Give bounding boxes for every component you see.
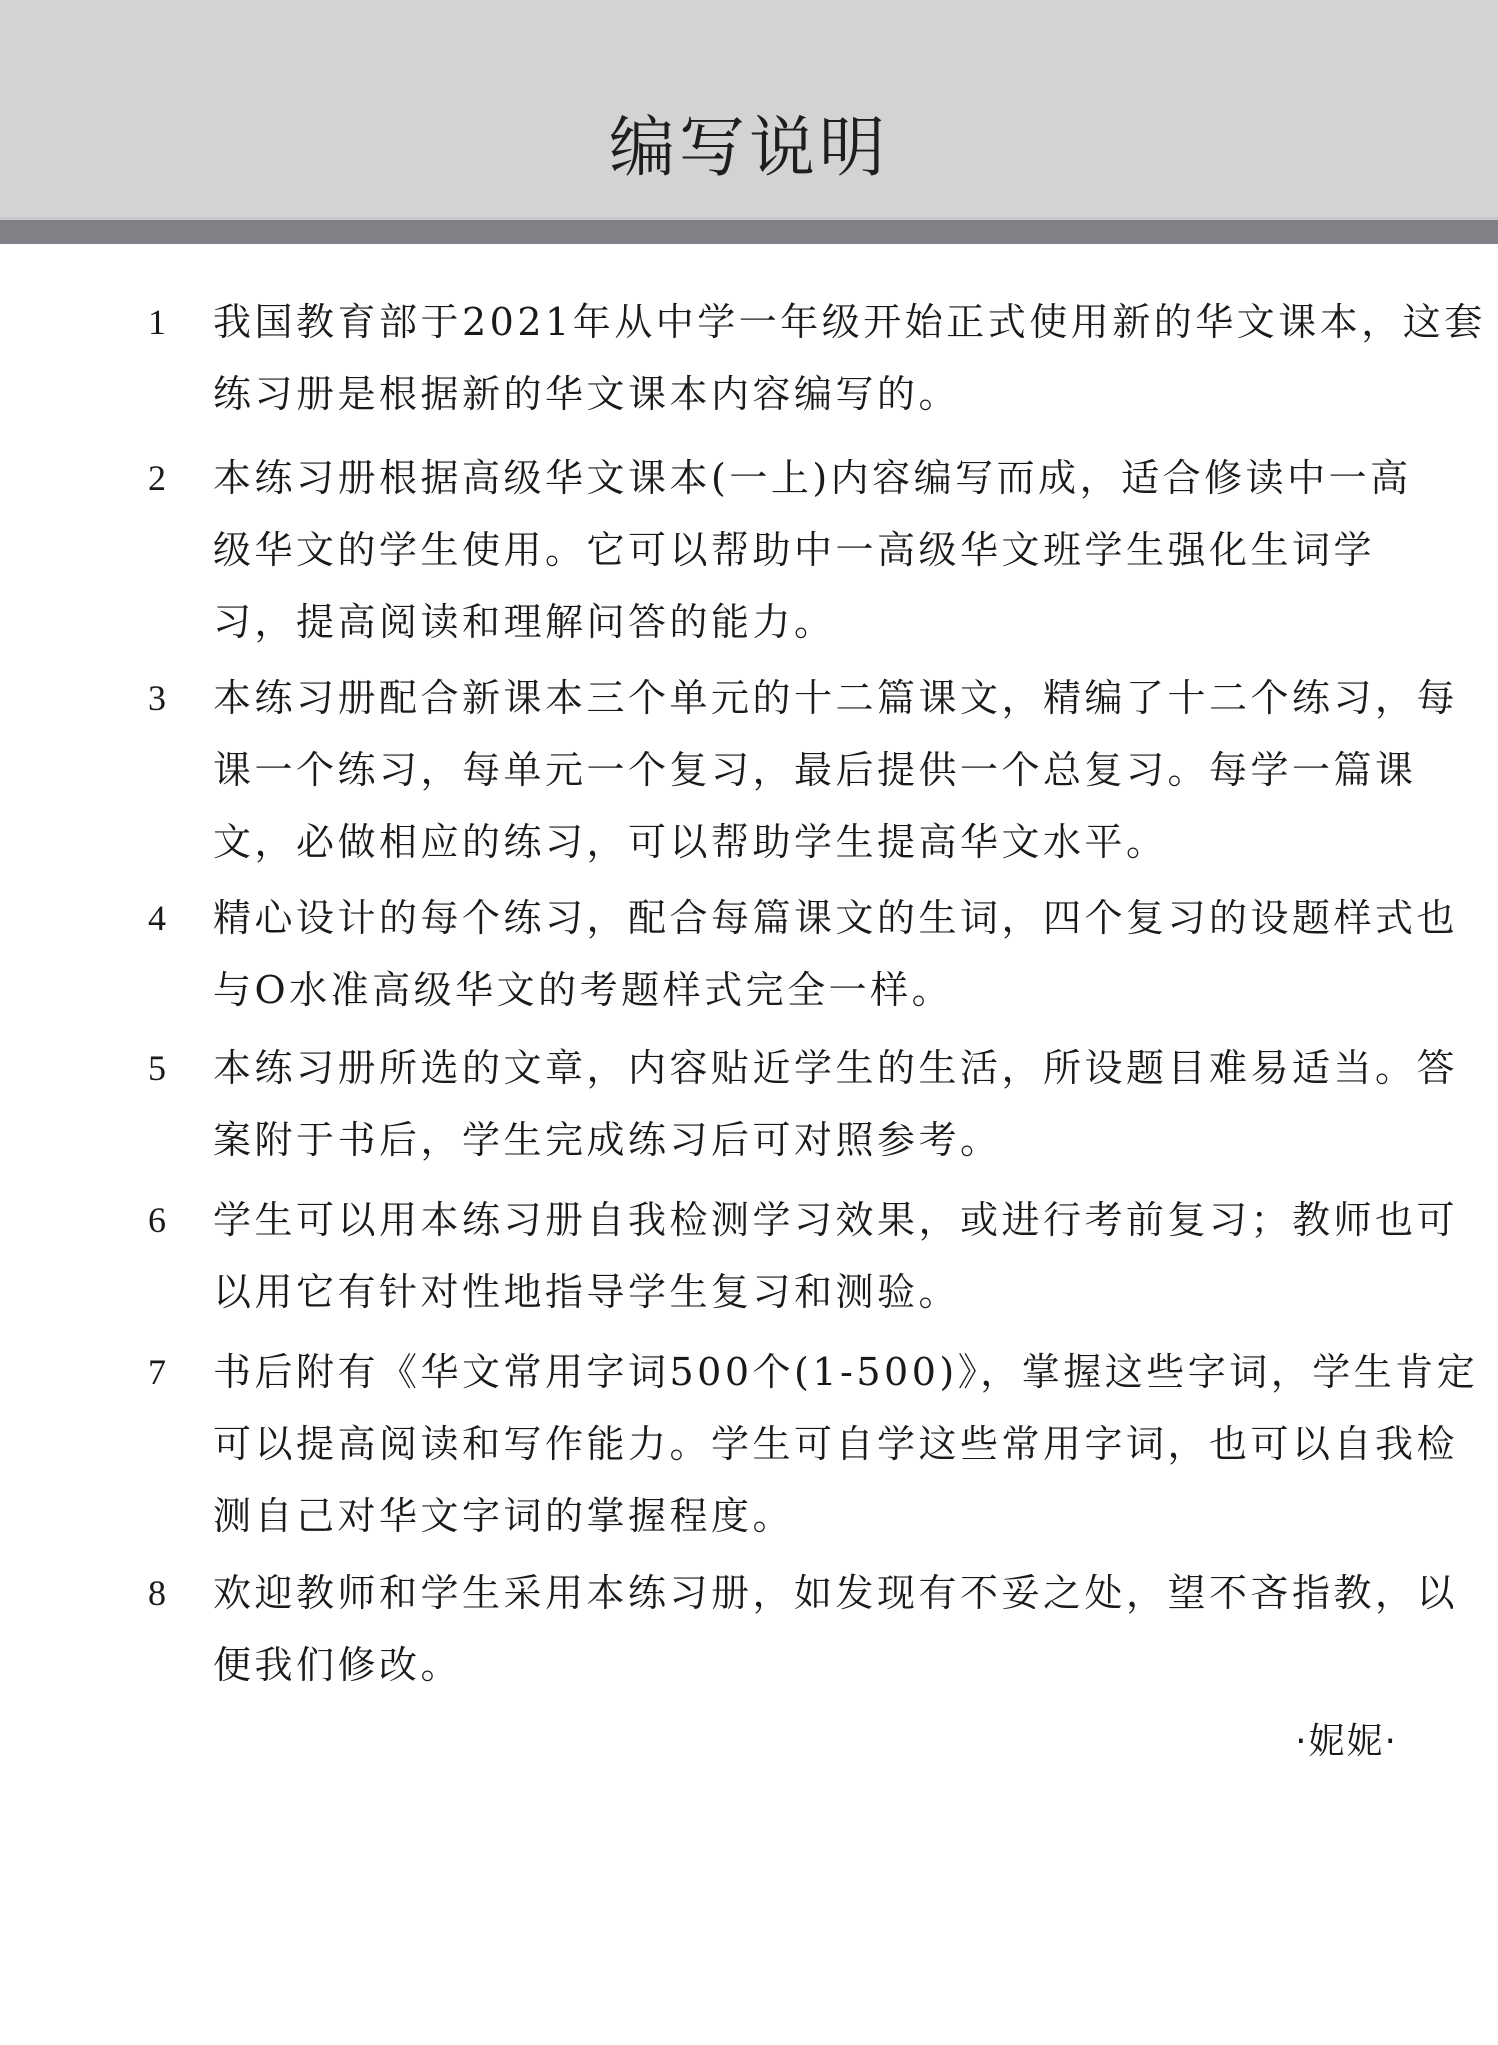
item-line: 文，必做相应的练习，可以帮助学生提高华文水平。 bbox=[213, 806, 1403, 878]
item-text: 精心设计的每个练习，配合每篇课文的生词，四个复习的设题样式也 与O水准高级华文的… bbox=[213, 882, 1403, 1026]
item-text: 本练习册根据高级华文课本(一上)内容编写而成，适合修读中一高 级华文的学生使用。… bbox=[213, 442, 1403, 658]
item-number: 1 bbox=[148, 286, 188, 358]
item-number: 2 bbox=[148, 442, 188, 514]
item-line: 书后附有《华文常用字词500个(1-500)》，掌握这些字词，学生肯定 bbox=[213, 1336, 1403, 1408]
item-text: 我国教育部于2021年从中学一年级开始正式使用新的华文课本，这套 练习册是根据新… bbox=[213, 286, 1403, 430]
item-text: 本练习册配合新课本三个单元的十二篇课文，精编了十二个练习，每 课一个练习，每单元… bbox=[213, 662, 1403, 878]
item-number: 5 bbox=[148, 1032, 188, 1104]
item-line: 便我们修改。 bbox=[213, 1629, 1403, 1701]
item-line: 学生可以用本练习册自我检测学习效果，或进行考前复习；教师也可 bbox=[213, 1184, 1403, 1256]
item-number: 4 bbox=[148, 882, 188, 954]
item-text: 书后附有《华文常用字词500个(1-500)》，掌握这些字词，学生肯定 可以提高… bbox=[213, 1336, 1403, 1552]
item-line: 测自己对华文字词的掌握程度。 bbox=[213, 1480, 1403, 1552]
header-divider-bar bbox=[0, 220, 1498, 244]
item-number: 6 bbox=[148, 1184, 188, 1256]
item-line: 练习册是根据新的华文课本内容编写的。 bbox=[213, 358, 1403, 430]
page-title: 编写说明 bbox=[0, 108, 1498, 188]
author-signature: ·妮妮· bbox=[1295, 1712, 1398, 1772]
item-line: 级华文的学生使用。它可以帮助中一高级华文班学生强化生词学 bbox=[213, 514, 1403, 586]
item-text: 本练习册所选的文章，内容贴近学生的生活，所设题目难易适当。答 案附于书后，学生完… bbox=[213, 1032, 1403, 1176]
item-line: 习，提高阅读和理解问答的能力。 bbox=[213, 586, 1403, 658]
item-line: 本练习册所选的文章，内容贴近学生的生活，所设题目难易适当。答 bbox=[213, 1032, 1403, 1104]
item-line: 精心设计的每个练习，配合每篇课文的生词，四个复习的设题样式也 bbox=[213, 882, 1403, 954]
item-line: 本练习册根据高级华文课本(一上)内容编写而成，适合修读中一高 bbox=[213, 442, 1403, 514]
item-line: 我国教育部于2021年从中学一年级开始正式使用新的华文课本，这套 bbox=[213, 286, 1403, 358]
item-number: 3 bbox=[148, 662, 188, 734]
item-number: 8 bbox=[148, 1557, 188, 1629]
item-number: 7 bbox=[148, 1336, 188, 1408]
page-header: 编写说明 bbox=[0, 0, 1498, 219]
item-text: 欢迎教师和学生采用本练习册，如发现有不妥之处，望不吝指教，以 便我们修改。 bbox=[213, 1557, 1403, 1701]
item-line: 本练习册配合新课本三个单元的十二篇课文，精编了十二个练习，每 bbox=[213, 662, 1403, 734]
item-line: 与O水准高级华文的考题样式完全一样。 bbox=[213, 954, 1403, 1026]
item-line: 可以提高阅读和写作能力。学生可自学这些常用字词，也可以自我检 bbox=[213, 1408, 1403, 1480]
item-line: 课一个练习，每单元一个复习，最后提供一个总复习。每学一篇课 bbox=[213, 734, 1403, 806]
item-line: 以用它有针对性地指导学生复习和测验。 bbox=[213, 1256, 1403, 1328]
item-line: 欢迎教师和学生采用本练习册，如发现有不妥之处，望不吝指教，以 bbox=[213, 1557, 1403, 1629]
item-text: 学生可以用本练习册自我检测学习效果，或进行考前复习；教师也可 以用它有针对性地指… bbox=[213, 1184, 1403, 1328]
item-line: 案附于书后，学生完成练习后可对照参考。 bbox=[213, 1104, 1403, 1176]
